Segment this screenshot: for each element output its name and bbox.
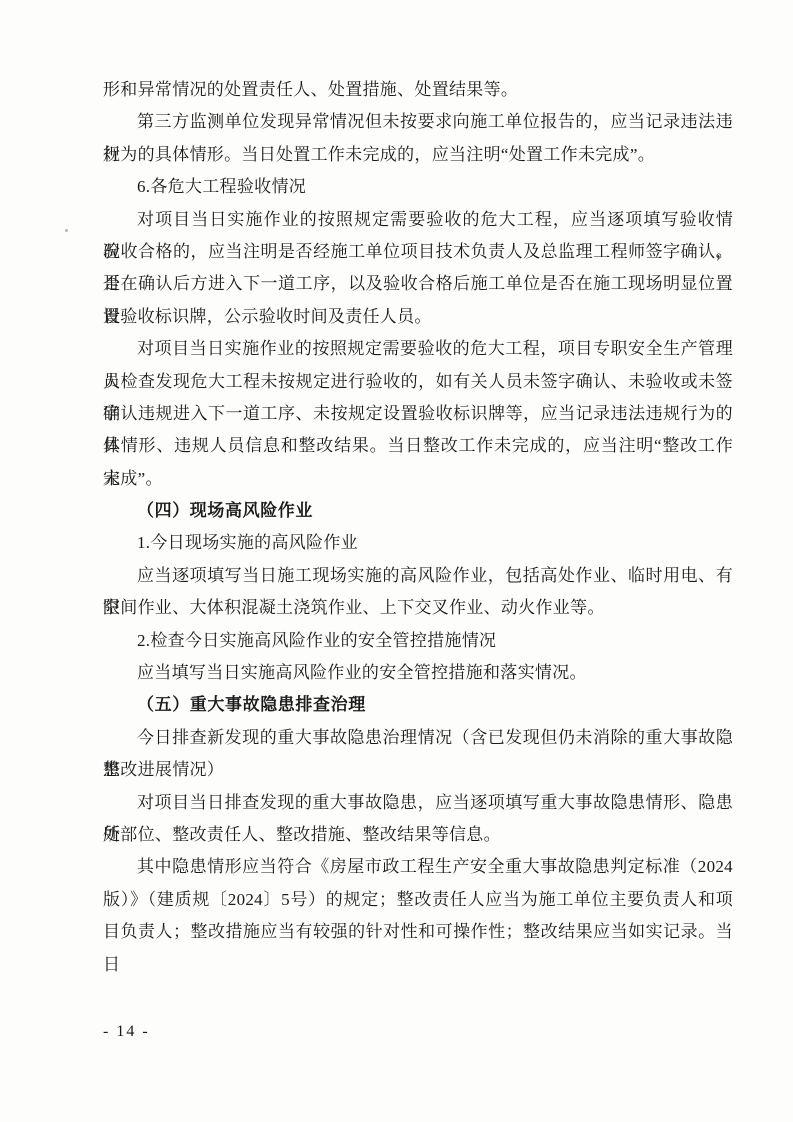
doc-line: 对项目当日排查发现的重大事故隐患，应当逐项填写重大事故隐患情形、隐患所 (103, 787, 733, 819)
doc-line: 其中隐患情形应当符合《房屋市政工程生产安全重大事故隐患判定标准（2024 (103, 851, 733, 883)
doc-line: 目负责人；整改措施应当有较强的针对性和可操作性；整改结果应当如实记录。当日 (103, 916, 733, 948)
doc-line: 整改进展情况） (103, 754, 733, 786)
doc-line: 对项目当日实施作业的按照规定需要验收的危大工程，项目专职安全生产管理人 (103, 333, 733, 365)
doc-line: 员检查发现危大工程未按规定进行验收的，如有关人员未签字确认、未验收或未签字 (103, 366, 733, 398)
doc-line: 空间作业、大体积混凝土浇筑作业、上下交叉作业、动火作业等。 (103, 592, 733, 624)
scan-artifact-dot (65, 229, 68, 232)
page-number: - 14 - (103, 1021, 150, 1043)
doc-line: 应当填写当日实施高风险作业的安全管控措施和落实情况。 (103, 657, 733, 689)
document-page: 形和异常情况的处置责任人、处置措施、处置结果等。 第三方监测单位发现异常情况但未… (0, 0, 793, 1122)
doc-line: 体情形、违规人员信息和整改结果。当日整改工作未完成的，应当注明“整改工作未 (103, 430, 733, 462)
doc-line: 今日排查新发现的重大事故隐患治理情况（含已发现但仍未消除的重大事故隐患 (103, 722, 733, 754)
doc-line: 验收合格的，应当注明是否经施工单位项目技术负责人及总监理工程师签字确认，是 (103, 236, 733, 268)
doc-list-item: 6.各危大工程验收情况 (103, 171, 733, 203)
doc-line: 否在确认后方进入下一道工序，以及验收合格后施工单位是否在施工现场明显位置设 (103, 268, 733, 300)
doc-line: 应当逐项填写当日施工现场实施的高风险作业，包括高处作业、临时用电、有限 (103, 560, 733, 592)
doc-list-item: 1.今日现场实施的高风险作业 (103, 527, 733, 559)
doc-line: 确认违规进入下一道工序、未按规定设置验收标识牌等，应当记录违法违规行为的具 (103, 398, 733, 430)
doc-line: 对项目当日实施作业的按照规定需要验收的危大工程，应当逐项填写验收情况。 (103, 204, 733, 236)
doc-line: 形和异常情况的处置责任人、处置措施、处置结果等。 (103, 74, 733, 106)
doc-line: 第三方监测单位发现异常情况但未按要求向施工单位报告的，应当记录违法违规 (103, 106, 733, 138)
doc-line: 完成”。 (103, 463, 733, 495)
doc-list-item: 2.检查今日实施高风险作业的安全管控措施情况 (103, 625, 733, 657)
section-heading-5: （五）重大事故隐患排查治理 (103, 689, 733, 721)
doc-line: 行为的具体情形。当日处置工作未完成的，应当注明“处置工作未完成”。 (103, 139, 733, 171)
doc-line: 置验收标识牌，公示验收时间及责任人员。 (103, 301, 733, 333)
section-heading-4: （四）现场高风险作业 (103, 495, 733, 527)
doc-line: 版）》（建质规〔2024〕5号）的规定；整改责任人应当为施工单位主要负责人和项 (103, 884, 733, 916)
document-body: 形和异常情况的处置责任人、处置措施、处置结果等。 第三方监测单位发现异常情况但未… (103, 74, 733, 949)
doc-line: 处部位、整改责任人、整改措施、整改结果等信息。 (103, 819, 733, 851)
